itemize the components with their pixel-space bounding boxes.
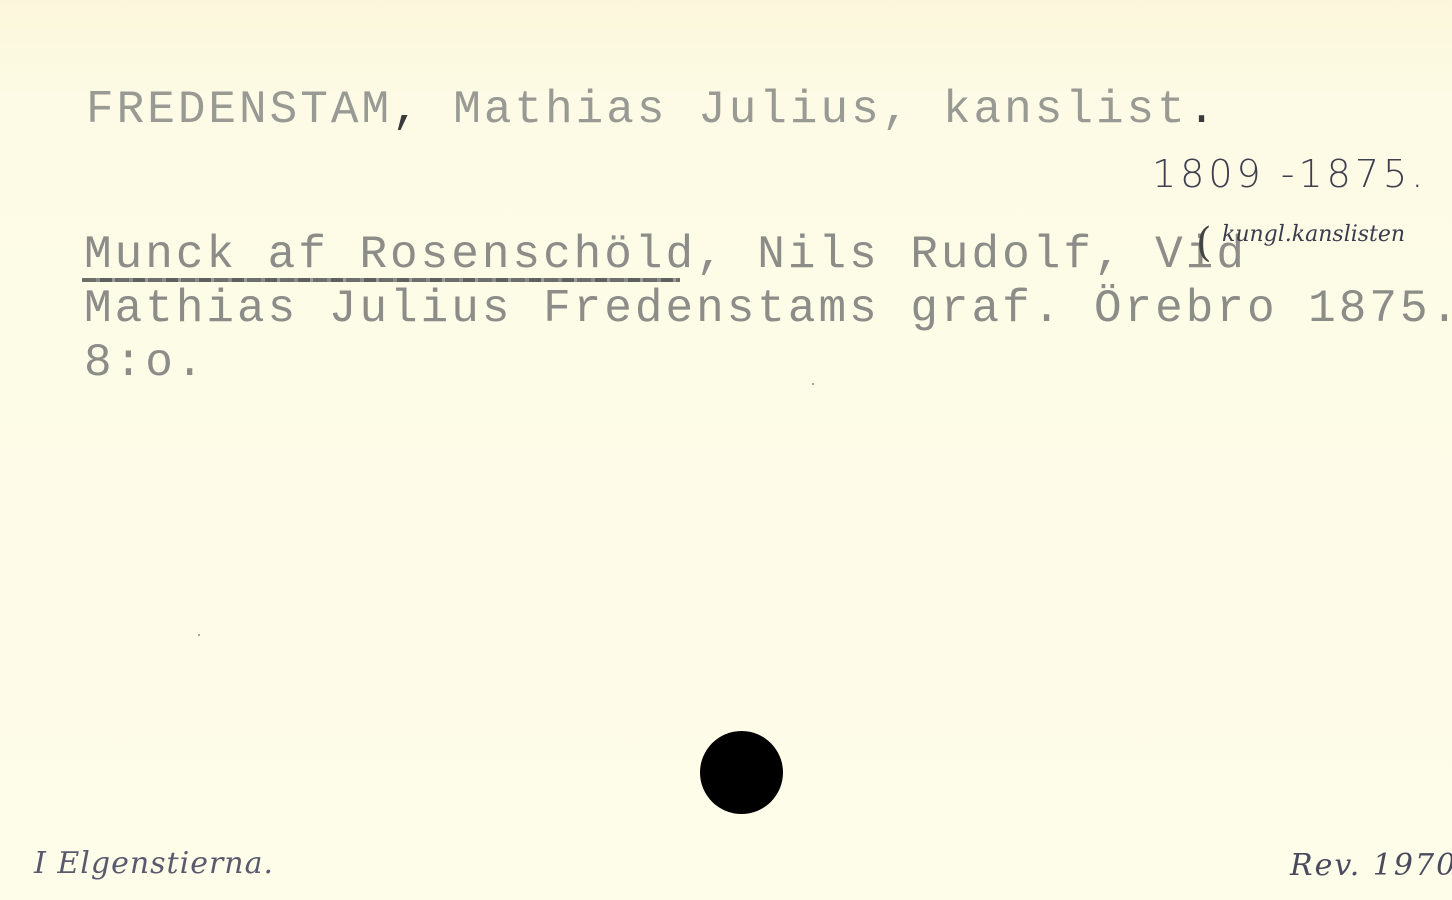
paper-speck [198,634,200,636]
heading-surname: FREDENSTAM [86,84,392,136]
card-heading: FREDENSTAM, Mathias Julius, kanslist. [86,82,1218,138]
paper-speck [812,383,814,385]
entry-line-format: 8:o. [84,336,206,390]
entry-line-title-imprint: Mathias Julius Fredenstams graf. Örebro … [84,282,1452,336]
heading-period: . [1188,84,1219,136]
punch-hole [700,731,783,814]
handwritten-signature-left: I Elgenstierna. [34,846,274,881]
annotation-bracket: ( [1196,220,1212,266]
entry-line-author-title: Munck af Rosenschöld, Nils Rudolf, Vid [84,228,1247,282]
handwritten-life-dates: 1809 -1875. [1152,152,1427,196]
handwritten-annotation: kungl.kanslisten [1222,222,1405,247]
handwritten-revision-note: Rev. 1970 [1290,848,1452,883]
heading-given-names-title: Mathias Julius, kanslist [423,84,1188,136]
heading-comma: , [392,84,423,136]
catalog-card: FREDENSTAM, Mathias Julius, kanslist. 18… [0,0,1452,900]
